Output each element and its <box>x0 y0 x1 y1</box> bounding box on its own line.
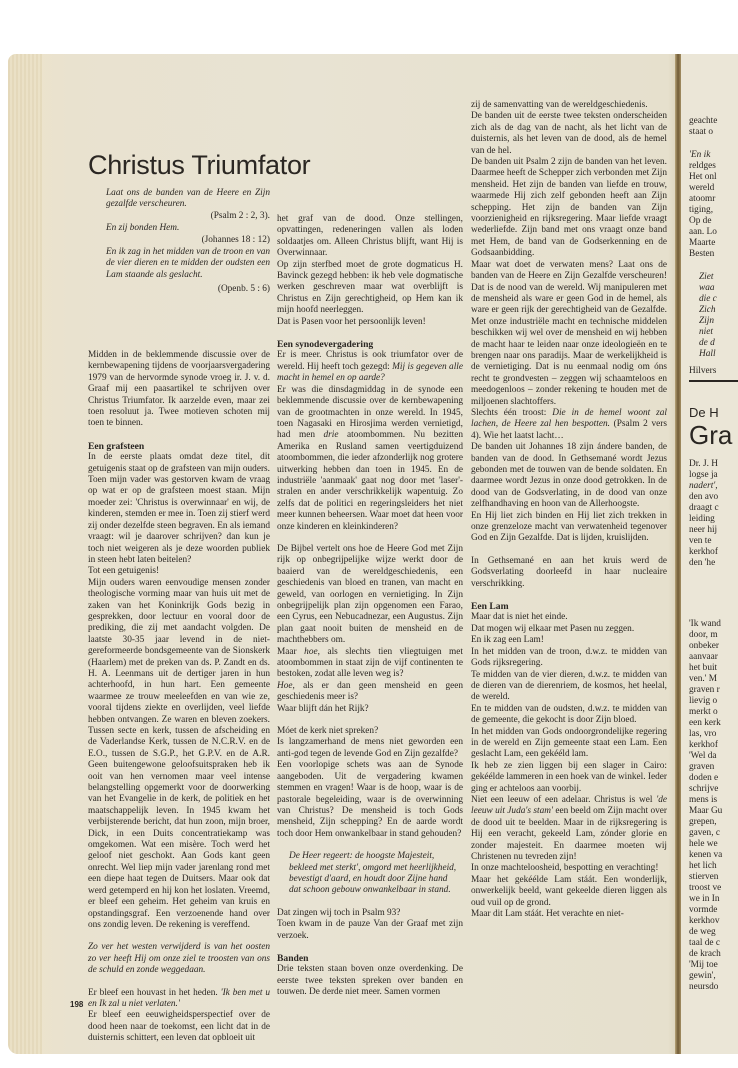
next-page-signature: Hilvers <box>689 366 716 377</box>
text-span: Niet een leeuw of een adelaar. Christus … <box>471 795 656 805</box>
next-page-line: hele we <box>689 839 718 850</box>
next-page-line: het lich <box>689 861 717 872</box>
next-page-line: kenen va <box>689 850 722 861</box>
next-page-line: den avo <box>689 492 718 503</box>
body-paragraph: Ik heb ze zien liggen bij een slager in … <box>471 761 667 795</box>
body-paragraph: Dat mogen wij elkaar met Pasen nu zeggen… <box>471 624 667 635</box>
next-page-line: draagt c <box>689 503 719 514</box>
section-heading-banden: Banden <box>277 953 463 964</box>
next-page-line: stierven <box>689 872 718 883</box>
epigraph-block: Laat ons de banden van de Heere en Zijn … <box>106 188 270 297</box>
next-page-line: die c <box>699 294 717 305</box>
body-paragraph: In het midden van de troon, d.w.z. te mi… <box>471 647 667 670</box>
next-page-rule <box>689 380 738 382</box>
next-page-line: Ziet <box>699 272 713 283</box>
body-paragraph: Tot een getuigenis! <box>88 566 270 577</box>
body-paragraph: De banden uit de eerste twee teksten ond… <box>471 111 667 157</box>
section-heading-grafsteen: Een grafsteen <box>88 441 270 452</box>
pull-quote: Zo ver het westen verwijderd is van het … <box>88 942 270 976</box>
epigraph-quote: En ik zag in het midden van de troon en … <box>106 247 270 281</box>
next-page-line: de weg <box>689 927 716 938</box>
next-page-line: we in In <box>689 894 719 905</box>
next-page-line: taal de c <box>689 938 720 949</box>
body-paragraph: Drie teksten staan boven onze overdenkin… <box>277 964 463 998</box>
body-paragraph: Slechts één troost: Die in de hemel woon… <box>471 408 667 442</box>
next-page-line: Op de <box>689 216 711 227</box>
next-page-line: Besten <box>689 249 714 260</box>
next-page-line: wereld <box>689 183 714 194</box>
next-page-kicker: De H <box>689 405 719 420</box>
next-page-line: grepen, <box>689 817 717 828</box>
next-page-line: merkt o <box>689 707 718 718</box>
next-page-line: neer hij <box>689 525 717 536</box>
text-span: Slechts één troost: <box>471 408 552 418</box>
next-page-line: gewin', <box>689 971 716 982</box>
verse-line: bevestigt d'aard, en houdt door Zijne ha… <box>289 874 463 885</box>
next-page-line: onbeker <box>689 641 719 652</box>
article-title: Christus Triumfator <box>88 150 310 181</box>
next-page-line: vormde <box>689 905 717 916</box>
intro-paragraph: Midden in de beklemmende discussie over … <box>88 350 270 430</box>
next-page-line: Maarte <box>689 238 715 249</box>
next-page-line: doden e <box>689 773 718 784</box>
next-page-line: door, m <box>689 630 718 641</box>
body-paragraph: Er is meer. Christus is ook triumfator o… <box>277 350 463 384</box>
article-column-3: zij de samenvatting van de wereldgeschie… <box>471 100 667 920</box>
body-paragraph: En ik zag een Lam! <box>471 635 667 646</box>
body-paragraph: Toen kwam in de pauze Van der Graaf met … <box>277 919 463 942</box>
article-column-1: Midden in de beklemmende discussie over … <box>88 350 270 1045</box>
body-paragraph: Mijn ouders waren eenvoudige mensen zond… <box>88 578 270 932</box>
text-span: , als er dan geen mensheid en geen gesch… <box>277 681 463 702</box>
next-page-line: kerkhof <box>689 547 718 558</box>
section-heading-synodevergadering: Een synodevergadering <box>277 339 463 350</box>
next-page-line: logse ja <box>689 470 718 481</box>
verse-line: dat schoon gebouw onwankelbaar in stand. <box>289 885 463 896</box>
body-paragraph: De banden uit Psalm 2 zijn de banden van… <box>471 157 667 260</box>
epigraph-quote: Laat ons de banden van de Heere en Zijn … <box>106 188 270 211</box>
quote-text: Zo ver het westen verwijderd is van het … <box>88 942 270 975</box>
next-page-line: Hall <box>699 349 716 360</box>
next-page-line: 'Wel da <box>689 751 717 762</box>
body-paragraph: Dat is Pasen voor het persoonlijk leven! <box>277 317 463 328</box>
next-page-line: mens is <box>689 795 717 806</box>
next-page-line: reldges <box>689 161 716 172</box>
body-paragraph: Er was die dinsdagmiddag in de synode ee… <box>277 385 463 533</box>
next-page-line: geachte <box>689 116 717 127</box>
article-column-2: het graf van de dood. Onze stellingen, o… <box>277 214 463 999</box>
next-page-line: graven <box>689 762 714 773</box>
body-paragraph: Maar dit Lam stáát. Het verachte en niet… <box>471 909 667 920</box>
body-paragraph: In Gethsemané en aan het kruis werd de G… <box>471 556 667 590</box>
next-page-line: nadert', <box>689 481 718 492</box>
next-page-line: aan. Lo <box>689 227 717 238</box>
psalm-verse: De Heer regeert: de hoogste Majesteit, b… <box>277 851 463 897</box>
next-page-line: gaven, c <box>689 828 720 839</box>
next-page-line: het buit <box>689 663 717 674</box>
next-page-line: las, vro <box>689 729 716 740</box>
italic-span: Hoe <box>277 681 293 691</box>
body-paragraph: Waar blijft dán het Rijk? <box>277 704 463 715</box>
body-paragraph: Maar het gekéélde Lam stáát. Een wonderl… <box>471 875 667 909</box>
body-paragraph: Hoe, als er dan geen mensheid en geen ge… <box>277 681 463 704</box>
next-page-line: troost ve <box>689 883 721 894</box>
next-page-line: schrijve <box>689 784 718 795</box>
body-paragraph: Er bleef een houvast in het heden. 'Ik b… <box>88 988 270 1011</box>
body-paragraph: En te midden van de oudsten, d.w.z. te m… <box>471 704 667 727</box>
next-page-line: kerkhof <box>689 740 718 751</box>
next-page-line: neursdo <box>689 982 718 993</box>
page-number: 198 <box>70 1000 83 1009</box>
body-paragraph: In de eerste plaats omdat deze titel, di… <box>88 452 270 566</box>
text-span: atoombommen. Nu bezitten Amerika en Rusl… <box>277 430 463 531</box>
epigraph-reference: (Psalm 2 : 2, 3). <box>106 211 270 222</box>
next-page-line: Maar Gu <box>689 806 722 817</box>
next-page-line: waa <box>699 283 715 294</box>
body-paragraph: Is langzamerhand de mens niet geworden e… <box>277 737 463 760</box>
body-paragraph: Dat zingen wij toch in Psalm 93? <box>277 908 463 919</box>
next-page-line: leiding <box>689 514 715 525</box>
body-paragraph: Er bleef een eeuwigheidsperspectief over… <box>88 1010 270 1044</box>
next-page-line: 'En ik <box>689 150 710 161</box>
next-page-line: ven.' M <box>689 674 717 685</box>
next-page-line: een kerk <box>689 718 721 729</box>
italic-span: drie <box>324 430 339 440</box>
body-paragraph: In onze machteloosheid, bespotting en ve… <box>471 863 667 874</box>
next-page-line: de krach <box>689 949 721 960</box>
epigraph-quote: En zij bonden Hem. <box>106 223 270 234</box>
body-paragraph: In het midden van Gods ondoorgrondelijke… <box>471 727 667 761</box>
next-page-line: Dr. J. H <box>689 459 718 470</box>
text-span: Er bleef een houvast in het heden. <box>88 988 221 998</box>
next-page-line: Het onl <box>689 172 717 183</box>
next-page-line: staat o <box>689 127 713 138</box>
body-paragraph: het graf van de dood. Onze stellingen, o… <box>277 214 463 260</box>
next-page-line: atoomr <box>689 194 715 205</box>
epigraph-reference: (Johannes 18 : 12) <box>106 235 270 246</box>
body-paragraph: zij de samenvatting van de wereldgeschie… <box>471 100 667 111</box>
next-page-line: de d <box>699 338 715 349</box>
body-paragraph: Maar hoe, als slechts tien vliegtuigen m… <box>277 647 463 681</box>
body-paragraph: Niet een leeuw of een adelaar. Christus … <box>471 795 667 863</box>
verse-line: De Heer regeert: de hoogste Majesteit, <box>289 851 463 862</box>
body-paragraph: Op zijn sterfbed moet de grote dogmaticu… <box>277 260 463 317</box>
next-page-line: 'Mij toe <box>689 960 718 971</box>
next-page-line: tiging, <box>689 205 713 216</box>
next-page-line: den 'he <box>689 558 715 569</box>
body-paragraph: De Bijbel vertelt ons hoe de Heere God m… <box>277 544 463 647</box>
next-page-line: aanvaar <box>689 652 718 663</box>
text-span: Maar <box>277 647 304 657</box>
italic-span: hoe <box>304 647 317 657</box>
body-paragraph: Maar wat doet de verwaten mens? Laat ons… <box>471 260 667 408</box>
next-page-line: niet <box>699 327 713 338</box>
page-edge-shadow <box>8 54 42 1054</box>
next-page-headline: Gra <box>689 420 732 451</box>
body-paragraph: Móet de kerk niet spreken? <box>277 726 463 737</box>
next-page-line: 'Ik wand <box>689 619 721 630</box>
body-paragraph: De banden uit Johannes 18 zijn ándere ba… <box>471 442 667 510</box>
verse-line: bekleed met sterkt', omgord met heerlijk… <box>289 863 463 874</box>
section-heading-een-lam: Een Lam <box>471 601 667 612</box>
body-paragraph: En Hij liet zich binden en Hij liet zich… <box>471 511 667 545</box>
next-page-line: ven te <box>689 536 711 547</box>
next-page-line: lievig o <box>689 696 717 707</box>
next-page-fragment: geachte staat o 'En ik reldges Het onl w… <box>681 54 738 1054</box>
body-paragraph: Te midden van de vier dieren, d.w.z. te … <box>471 670 667 704</box>
next-page-line: Zich <box>699 305 716 316</box>
body-paragraph: Een voorlopige schets was aan de Synode … <box>277 760 463 840</box>
next-page-line: Zijn <box>699 316 714 327</box>
epigraph-reference: (Openb. 5 : 6) <box>106 284 270 295</box>
next-page-line: graven r <box>689 685 720 696</box>
next-page-line: kerkhov <box>689 916 719 927</box>
body-paragraph: Maar dat is niet het einde. <box>471 612 667 623</box>
